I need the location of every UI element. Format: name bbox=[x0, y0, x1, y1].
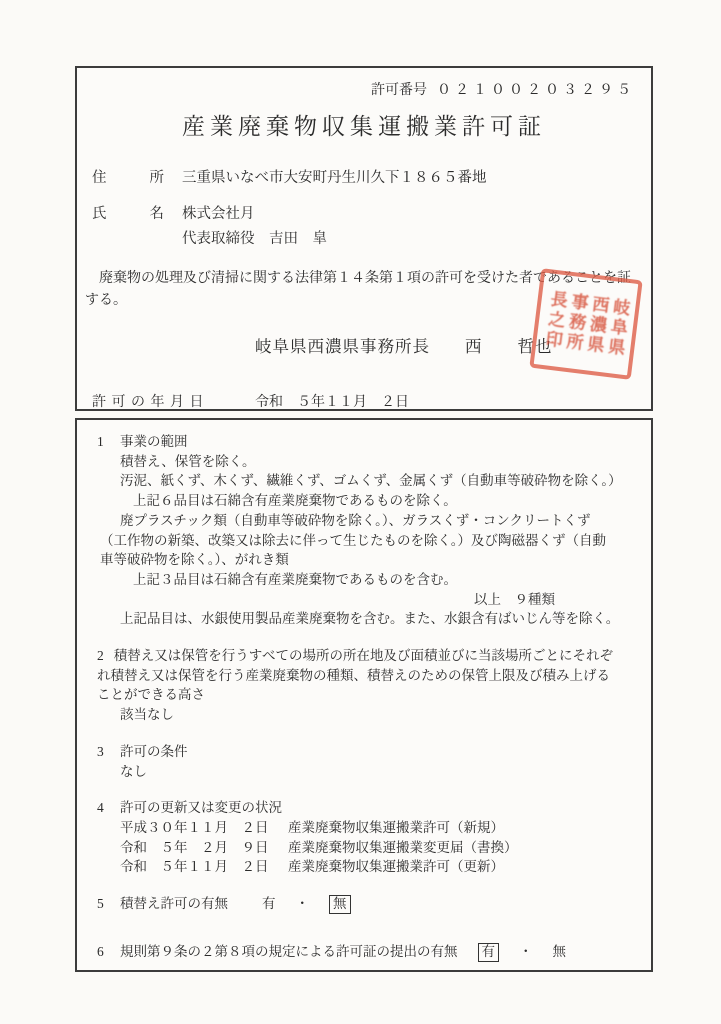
section-business-scope: 1事業の範囲 積替え、保管を除く。 汚泥、紙くず、木くず、繊維くず、ゴムくず、金… bbox=[77, 432, 651, 629]
history-entry-2-date: 令和 ５年 ２月 ９日 bbox=[120, 838, 288, 858]
address-label-char1: 住 bbox=[92, 166, 107, 187]
permit-date-row: 許 可 の 年 月 日 令和 ５年１１月 ２日 bbox=[77, 391, 651, 411]
section-transfer-storage: 2積替え又は保管を行うすべての場所の所在地及び面積並びに当該場所ごとにそれぞれ積… bbox=[77, 646, 651, 725]
certificate-header-box: 許可番号０２１００２０３２９５ 産業廃棄物収集運搬業許可証 住 所 三重県いなべ… bbox=[75, 66, 653, 411]
section2-body: 2積替え又は保管を行うすべての場所の所在地及び面積並びに当該場所ごとにそれぞれ積… bbox=[77, 646, 622, 705]
history-entry-2: 令和 ５年 ２月 ９日産業廃棄物収集運搬業変更届（書換） bbox=[77, 838, 651, 858]
address-label: 住 所 bbox=[92, 166, 164, 187]
representative-name: 代表取締役 吉田 皐 bbox=[182, 227, 327, 248]
document-title: 産業廃棄物収集運搬業許可証 bbox=[77, 108, 651, 141]
name-value: 株式会社月 代表取締役 吉田 皐 bbox=[182, 202, 327, 248]
section1-transfer-line: 積替え、保管を除く。 bbox=[77, 452, 651, 472]
permit-number-line: 許可番号０２１００２０３２９５ bbox=[77, 68, 651, 99]
history-entry-1-desc: 産業廃棄物収集運搬業許可（新規） bbox=[288, 820, 504, 835]
company-name: 株式会社月 bbox=[182, 202, 327, 223]
section5-option-no-selected: 無 bbox=[329, 895, 351, 914]
section6-option-yes-selected: 有 bbox=[478, 943, 500, 962]
section1-mercury-note: 上記品目は、水銀使用製品産業廃棄物を含む。また、水銀含有ばいじん等を除く。 bbox=[77, 609, 651, 629]
section6-option-no: 無 bbox=[553, 944, 567, 959]
history-entry-3-date: 令和 ５年１１月 ２日 bbox=[120, 857, 288, 877]
section4-heading: 4許可の更新又は変更の状況 bbox=[77, 798, 651, 818]
official-seal: 岐阜県 西濃県 事務所 長之印 bbox=[529, 268, 642, 380]
section1-items3-line: 廃プラスチック類（自動車等破砕物を除く。）、ガラスくず・コンクリートくず（工作物… bbox=[77, 511, 617, 570]
section5-separator-dot: ・ bbox=[296, 896, 310, 911]
section3-heading: 3許可の条件 bbox=[77, 742, 651, 762]
permit-number-value: ０２１００２０３２９５ bbox=[437, 83, 635, 98]
section1-heading: 1事業の範囲 bbox=[77, 432, 651, 452]
section2-text: 積替え又は保管を行うすべての場所の所在地及び面積並びに当該場所ごとにそれぞれ積替… bbox=[97, 648, 613, 702]
permit-details-box: 1事業の範囲 積替え、保管を除く。 汚泥、紙くず、木くず、繊維くず、ゴムくず、金… bbox=[75, 418, 653, 972]
section-transfer-permit-presence: 5積替え許可の有無有・無 bbox=[77, 894, 651, 914]
section1-items6-note: 上記６品目は石綿含有産業廃棄物であるものを除く。 bbox=[77, 491, 651, 511]
scanned-permit-page: { "header": { "permit_number_label": "許可… bbox=[0, 0, 721, 1024]
address-row: 住 所 三重県いなべ市大安町丹生川久下１８６５番地 bbox=[77, 166, 651, 187]
permit-date-label: 許 可 の 年 月 日 bbox=[92, 391, 255, 411]
section1-items6-line: 汚泥、紙くず、木くず、繊維くず、ゴムくず、金属くず（自動車等破砕物を除く。） bbox=[77, 471, 651, 491]
section1-total-kinds: 以上 ９種類 bbox=[77, 590, 651, 610]
name-label-char2: 名 bbox=[150, 202, 165, 248]
section2-answer: 該当なし bbox=[77, 705, 651, 725]
section1-number: 1 bbox=[97, 432, 120, 452]
section-permit-conditions: 3許可の条件 なし bbox=[77, 742, 651, 781]
section5-label: 積替え許可の有無 bbox=[120, 896, 228, 911]
section5-number: 5 bbox=[97, 894, 120, 914]
history-entry-3-desc: 産業廃棄物収集運搬業許可（更新） bbox=[288, 859, 504, 874]
history-entry-3: 令和 ５年１１月 ２日産業廃棄物収集運搬業許可（更新） bbox=[77, 857, 651, 877]
section4-number: 4 bbox=[97, 798, 120, 818]
permit-number-label: 許可番号 bbox=[371, 83, 427, 98]
section-renewal-history: 4許可の更新又は変更の状況 平成３０年１１月 ２日産業廃棄物収集運搬業許可（新規… bbox=[77, 798, 651, 877]
address-value: 三重県いなべ市大安町丹生川久下１８６５番地 bbox=[182, 166, 487, 187]
section1-items3-note: 上記３品目は石綿含有産業廃棄物であるものを含む。 bbox=[77, 570, 651, 590]
section3-number: 3 bbox=[97, 742, 120, 762]
history-entry-1: 平成３０年１１月 ２日産業廃棄物収集運搬業許可（新規） bbox=[77, 818, 651, 838]
section-permit-submission-presence: 6規則第９条の２第８項の規定による許可証の提出の有無有・無 bbox=[77, 942, 651, 962]
name-label-char1: 氏 bbox=[92, 202, 107, 248]
seal-text-col1: 岐阜県 bbox=[605, 297, 629, 359]
section5-option-yes: 有 bbox=[262, 896, 276, 911]
section6-separator-dot: ・ bbox=[519, 944, 533, 959]
section1-title: 事業の範囲 bbox=[120, 434, 188, 449]
section3-title: 許可の条件 bbox=[120, 744, 188, 759]
name-label: 氏 名 bbox=[92, 202, 164, 248]
permit-date-value: 令和 ５年１１月 ２日 bbox=[255, 391, 409, 411]
section2-number: 2 bbox=[97, 648, 104, 663]
section3-answer: なし bbox=[77, 762, 651, 782]
history-entry-1-date: 平成３０年１１月 ２日 bbox=[120, 818, 288, 838]
section6-label: 規則第９条の２第８項の規定による許可証の提出の有無 bbox=[120, 944, 458, 959]
name-row: 氏 名 株式会社月 代表取締役 吉田 皐 bbox=[77, 202, 651, 248]
history-entry-2-desc: 産業廃棄物収集運搬業変更届（書換） bbox=[288, 840, 518, 855]
section6-number: 6 bbox=[97, 942, 120, 962]
address-label-char2: 所 bbox=[150, 166, 165, 187]
section4-title: 許可の更新又は変更の状況 bbox=[120, 800, 282, 815]
